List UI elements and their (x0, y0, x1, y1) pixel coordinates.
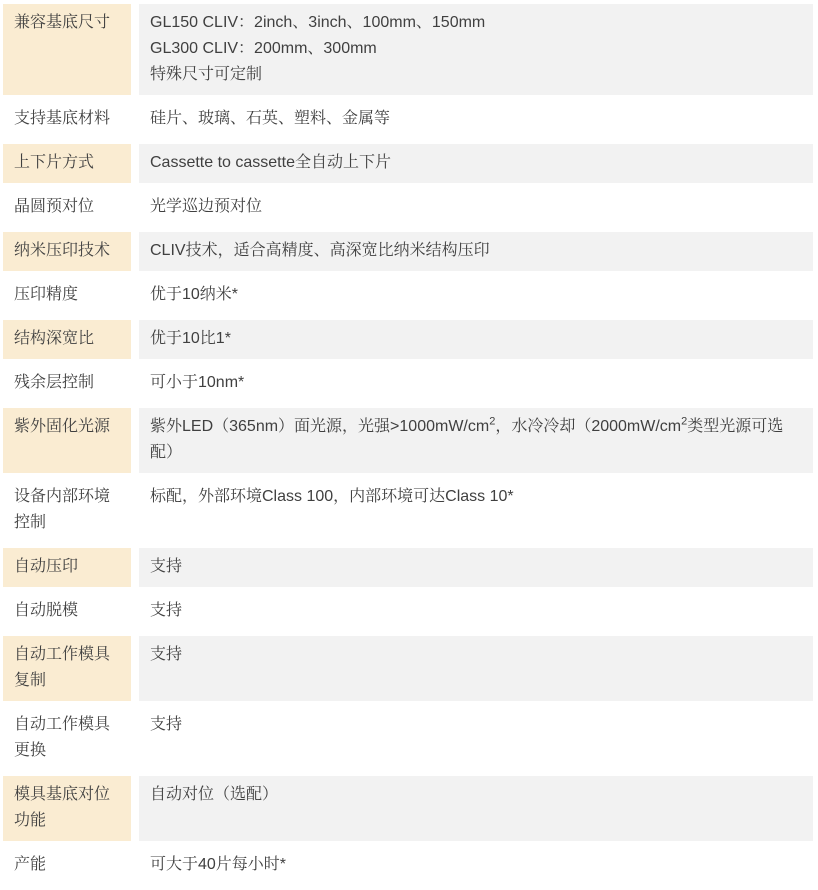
spec-row: 残余层控制 可小于10nm* (3, 364, 813, 403)
spec-row: 结构深宽比 优于10比1* (3, 320, 813, 359)
spec-row: 晶圆预对位 光学巡边预对位 (3, 188, 813, 227)
spec-row: 自动工作模具复制 支持 (3, 636, 813, 701)
spec-value: 优于10比1* (139, 320, 813, 359)
spec-value-line: 可大于40片每小时* (150, 852, 799, 878)
spec-value-line: 光学巡边预对位 (150, 194, 799, 220)
spec-label: 紫外固化光源 (3, 408, 131, 473)
spec-label: 晶圆预对位 (3, 188, 131, 227)
spec-value-line: 支持 (150, 598, 799, 624)
spec-label: 压印精度 (3, 276, 131, 315)
spec-row: 模具基底对位功能 自动对位（选配） (3, 776, 813, 841)
spec-value: 硅片、玻璃、石英、塑料、金属等 (139, 100, 813, 139)
spec-label: 上下片方式 (3, 144, 131, 183)
spec-value-line: 优于10纳米* (150, 282, 799, 308)
superscript-2: 2 (681, 416, 687, 428)
spec-value: 支持 (139, 548, 813, 587)
spec-label: 纳米压印技术 (3, 232, 131, 271)
superscript-2: 2 (489, 416, 495, 428)
spec-value: 可小于10nm* (139, 364, 813, 403)
spec-row: 产能 可大于40片每小时* (3, 846, 813, 885)
spec-value: GL150 CLIV：2inch、3inch、100mm、150mmGL300 … (139, 4, 813, 95)
spec-value-line: 支持 (150, 642, 799, 668)
spec-value-line: 标配，外部环境Class 100，内部环境可达Class 10* (150, 484, 799, 510)
spec-value-line: 自动对位（选配） (150, 782, 799, 808)
spec-value: 优于10纳米* (139, 276, 813, 315)
spec-row: 纳米压印技术 CLIV技术，适合高精度、高深宽比纳米结构压印 (3, 232, 813, 271)
spec-value-line: 紫外LED（365nm）面光源，光强>1000mW/cm2，水冷冷却（2000m… (150, 414, 799, 466)
spec-row: 设备内部环境控制 标配，外部环境Class 100，内部环境可达Class 10… (3, 478, 813, 543)
spec-row: 兼容基底尺寸 GL150 CLIV：2inch、3inch、100mm、150m… (3, 4, 813, 95)
spec-label: 结构深宽比 (3, 320, 131, 359)
spec-label: 设备内部环境控制 (3, 478, 131, 543)
spec-label: 支持基底材料 (3, 100, 131, 139)
spec-row: 自动压印 支持 (3, 548, 813, 587)
spec-value-line: 可小于10nm* (150, 370, 799, 396)
spec-value: Cassette to cassette全自动上下片 (139, 144, 813, 183)
spec-value: CLIV技术，适合高精度、高深宽比纳米结构压印 (139, 232, 813, 271)
spec-value-line: 特殊尺寸可定制 (150, 62, 799, 88)
spec-row: 紫外固化光源 紫外LED（365nm）面光源，光强>1000mW/cm2，水冷冷… (3, 408, 813, 473)
spec-label: 兼容基底尺寸 (3, 4, 131, 95)
spec-label: 模具基底对位功能 (3, 776, 131, 841)
spec-label: 自动工作模具复制 (3, 636, 131, 701)
spec-label: 残余层控制 (3, 364, 131, 403)
spec-value-line: 支持 (150, 712, 799, 738)
spec-label: 自动脱模 (3, 592, 131, 631)
spec-value-line: GL150 CLIV：2inch、3inch、100mm、150mm (150, 10, 799, 36)
spec-value: 支持 (139, 592, 813, 631)
spec-row: 自动工作模具更换 支持 (3, 706, 813, 771)
spec-value-line: GL300 CLIV：200mm、300mm (150, 36, 799, 62)
spec-row: 支持基底材料 硅片、玻璃、石英、塑料、金属等 (3, 100, 813, 139)
spec-value-line: 优于10比1* (150, 326, 799, 352)
spec-value: 支持 (139, 636, 813, 701)
spec-table: 兼容基底尺寸 GL150 CLIV：2inch、3inch、100mm、150m… (0, 0, 818, 885)
spec-row: 压印精度 优于10纳米* (3, 276, 813, 315)
spec-value: 支持 (139, 706, 813, 771)
spec-value-line: CLIV技术，适合高精度、高深宽比纳米结构压印 (150, 238, 799, 264)
spec-value: 紫外LED（365nm）面光源，光强>1000mW/cm2，水冷冷却（2000m… (139, 408, 813, 473)
spec-row: 上下片方式 Cassette to cassette全自动上下片 (3, 144, 813, 183)
spec-label: 产能 (3, 846, 131, 885)
spec-value: 光学巡边预对位 (139, 188, 813, 227)
spec-value: 自动对位（选配） (139, 776, 813, 841)
spec-row: 自动脱模 支持 (3, 592, 813, 631)
spec-value-line: Cassette to cassette全自动上下片 (150, 150, 799, 176)
spec-value-line: 硅片、玻璃、石英、塑料、金属等 (150, 106, 799, 132)
spec-label: 自动工作模具更换 (3, 706, 131, 771)
spec-value-line: 支持 (150, 554, 799, 580)
spec-value: 可大于40片每小时* (139, 846, 813, 885)
spec-value: 标配，外部环境Class 100，内部环境可达Class 10* (139, 478, 813, 543)
spec-label: 自动压印 (3, 548, 131, 587)
